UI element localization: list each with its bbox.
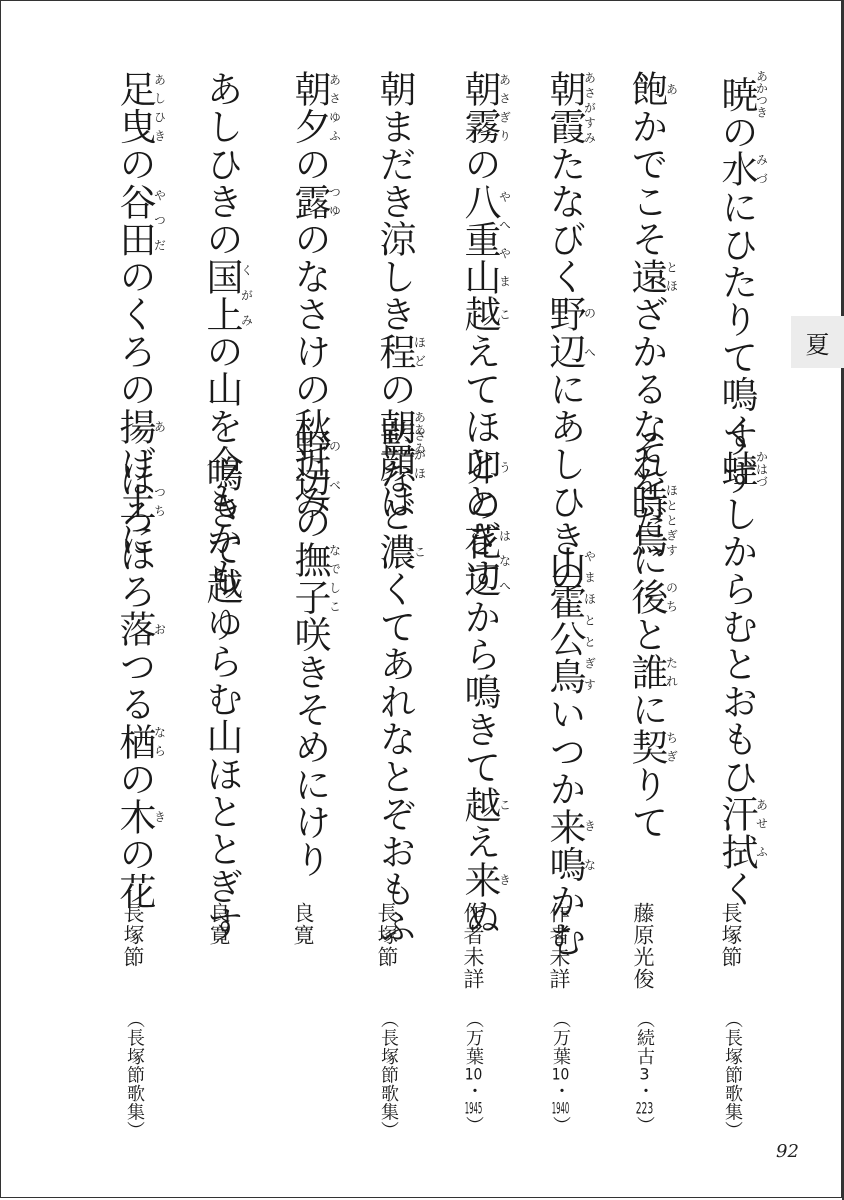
text-run: あしひきの — [200, 70, 243, 258]
ruby-word: 汗あせ — [715, 795, 758, 833]
season-tab-summer: 夏 — [791, 316, 844, 368]
poem-author: 作者未詳 — [546, 902, 572, 990]
poem-author: 藤原光俊 — [630, 902, 656, 990]
ruby-word: 誰たれ — [625, 653, 668, 691]
poem-source: （万葉10・1940） — [548, 1010, 572, 1135]
furigana: あさがすみ — [583, 70, 597, 145]
ruby-word: 揚あ — [113, 408, 156, 446]
poem-lower-phrase: 山霍公鳥やまほととぎすいつか来鳴きなかむ — [540, 545, 596, 958]
text-run: から鳴きて — [458, 598, 501, 786]
ruby-word: 来鳴きな — [543, 808, 586, 883]
furigana: こ — [498, 786, 512, 824]
poem-source: （長塚節歌集） — [720, 1010, 744, 1140]
ruby-word: 野辺のへ — [543, 295, 586, 370]
poem-lower-phrase: そをだに後のちと誰たれに契ちぎりて — [622, 428, 678, 841]
furigana: あかつき — [755, 70, 769, 118]
ruby-word: 撫子なでしこ — [288, 541, 331, 616]
text-run: の — [288, 145, 331, 183]
text-run: の花 — [113, 835, 156, 910]
poem-lower-phrase: ほろほろ落おつる楢ならの木きの花 — [110, 460, 166, 910]
furigana: のへ — [583, 295, 597, 370]
furigana: やまほととぎす — [583, 545, 597, 695]
poem-upper-phrase: 朝霞あさがすみたなびく野辺のへにあしひきの — [540, 70, 596, 595]
furigana: お — [153, 610, 167, 648]
text-run: たなびく — [543, 145, 586, 295]
ruby-word: 濃こ — [373, 533, 416, 571]
text-run: のくろの — [113, 258, 156, 408]
ruby-word: 楢なら — [113, 723, 156, 761]
furigana: とほ — [665, 258, 679, 296]
furigana: なでしこ — [328, 541, 342, 616]
ruby-word: 朝霧あさぎり — [458, 70, 501, 145]
text-run: と — [625, 616, 668, 654]
poem-lower-phrase: 藍あゐなど濃こくてあれなとぞおもふ — [370, 420, 426, 945]
ruby-word: 露つゆ — [288, 183, 331, 221]
ruby-word: 拭ふ — [715, 833, 758, 871]
furigana: みづ — [755, 150, 769, 188]
poem-lower-phrase: 卯うの花辺はなへから鳴きて越こえ来きぬ — [455, 448, 511, 936]
text-run: 鳴きて越ゆらむ山ほととぎす — [200, 455, 243, 943]
ruby-word: 国上くがみ — [200, 258, 243, 333]
furigana: あさぎり — [498, 70, 512, 145]
season-tab-label: 夏 — [806, 325, 830, 360]
text-run: いつか — [543, 695, 586, 808]
furigana: なら — [153, 723, 167, 761]
poem-source: （長塚節歌集） — [376, 1010, 400, 1140]
text-run: くてあれなとぞおもふ — [373, 570, 416, 945]
text-run: すずしからむとおもひ — [715, 420, 758, 795]
text-run: りて — [625, 766, 668, 841]
furigana: のべ — [328, 428, 342, 503]
text-run: つる — [113, 648, 156, 723]
text-run: の — [113, 145, 156, 183]
text-run: の — [288, 503, 331, 541]
text-run: の — [458, 145, 501, 183]
furigana: あしひき — [153, 70, 167, 145]
ruby-word: 野辺のべ — [288, 428, 331, 503]
text-run: の — [715, 113, 758, 151]
furigana: あ — [665, 70, 679, 108]
ruby-word: 来き — [458, 861, 501, 899]
ruby-word: 水みづ — [715, 150, 758, 188]
text-run: かでこそ — [625, 108, 668, 258]
text-run: に — [625, 691, 668, 729]
ruby-word: 足曳あしひき — [113, 70, 156, 145]
text-run: の — [458, 486, 501, 524]
poem-lower-phrase: すずしからむとおもひ汗あせ拭ふく — [712, 420, 768, 908]
text-run: 咲きそめにけり — [288, 616, 331, 879]
text-run: ほろほろ — [113, 460, 156, 610]
poem-author: 長塚節 — [374, 902, 400, 968]
ruby-word: 山霍公鳥やまほととぎす — [543, 545, 586, 695]
poem-source: （続古3・223） — [632, 1010, 656, 1135]
furigana: つゆ — [328, 183, 342, 221]
furigana: たれ — [665, 653, 679, 691]
ruby-word: 後のち — [625, 578, 668, 616]
text-run: など — [373, 458, 416, 533]
furigana: はなへ — [498, 523, 512, 598]
text-run: え — [458, 823, 501, 861]
poem-author: 長塚節 — [120, 902, 146, 968]
furigana: くがみ — [240, 258, 254, 333]
ruby-word: 越こ — [458, 295, 501, 333]
furigana: きな — [583, 808, 597, 883]
furigana: こ — [413, 533, 427, 571]
ruby-word: 朝霞あさがすみ — [543, 70, 586, 145]
poem-author: 良寛 — [290, 902, 316, 946]
poem-author: 作者未詳 — [460, 902, 486, 990]
ruby-word: 程ほど — [373, 333, 416, 371]
text-run: 朝まだき涼しき — [373, 70, 416, 333]
ruby-word: 花辺はなへ — [458, 523, 501, 598]
ruby-word: 暁あかつき — [715, 70, 758, 113]
furigana: のち — [665, 578, 679, 616]
text-run: にひたりて鳴く — [715, 188, 758, 451]
ruby-word: 落お — [113, 610, 156, 648]
text-run: の — [373, 370, 416, 408]
furigana: やつだ — [153, 183, 167, 258]
furigana: あせ — [755, 795, 769, 833]
furigana: き — [153, 798, 167, 836]
poem-author: 長塚節 — [718, 902, 744, 968]
furigana: こ — [498, 295, 512, 333]
ruby-word: 卯う — [458, 448, 501, 486]
furigana: やへやま — [498, 183, 512, 296]
furigana: ふ — [755, 833, 769, 871]
furigana: う — [498, 448, 512, 486]
ruby-word: 越こ — [458, 786, 501, 824]
furigana: き — [498, 861, 512, 899]
poem-author: 良寛 — [206, 902, 232, 946]
poem-lower-phrase: 野辺のべの撫子なでしこ咲きそめにけり — [285, 428, 341, 878]
ruby-word: 飽あ — [625, 70, 668, 108]
text-run: の — [113, 760, 156, 798]
ruby-word: 契ちぎ — [625, 728, 668, 766]
poem-source: （万葉10・1945） — [461, 1010, 485, 1135]
poem-lower-phrase: 鳴きて越ゆらむ山ほととぎす — [197, 455, 245, 943]
furigana: あ — [153, 408, 167, 446]
ruby-word: 遠とほ — [625, 258, 668, 296]
furigana: ほど — [413, 333, 427, 371]
ruby-word: 谷田やつだ — [113, 183, 156, 258]
text-run: そをだに — [625, 428, 668, 578]
furigana: あゐ — [413, 420, 427, 458]
ruby-word: 朝夕あさゆふ — [288, 70, 331, 145]
ruby-word: 藍あゐ — [373, 420, 416, 458]
poem-source: （長塚節歌集） — [122, 1010, 146, 1140]
ruby-word: 八重山やへやま — [458, 183, 501, 296]
page-number: 92 — [776, 1141, 799, 1162]
furigana: あさゆふ — [328, 70, 342, 145]
ruby-word: 木き — [113, 798, 156, 836]
furigana: ちぎ — [665, 728, 679, 766]
